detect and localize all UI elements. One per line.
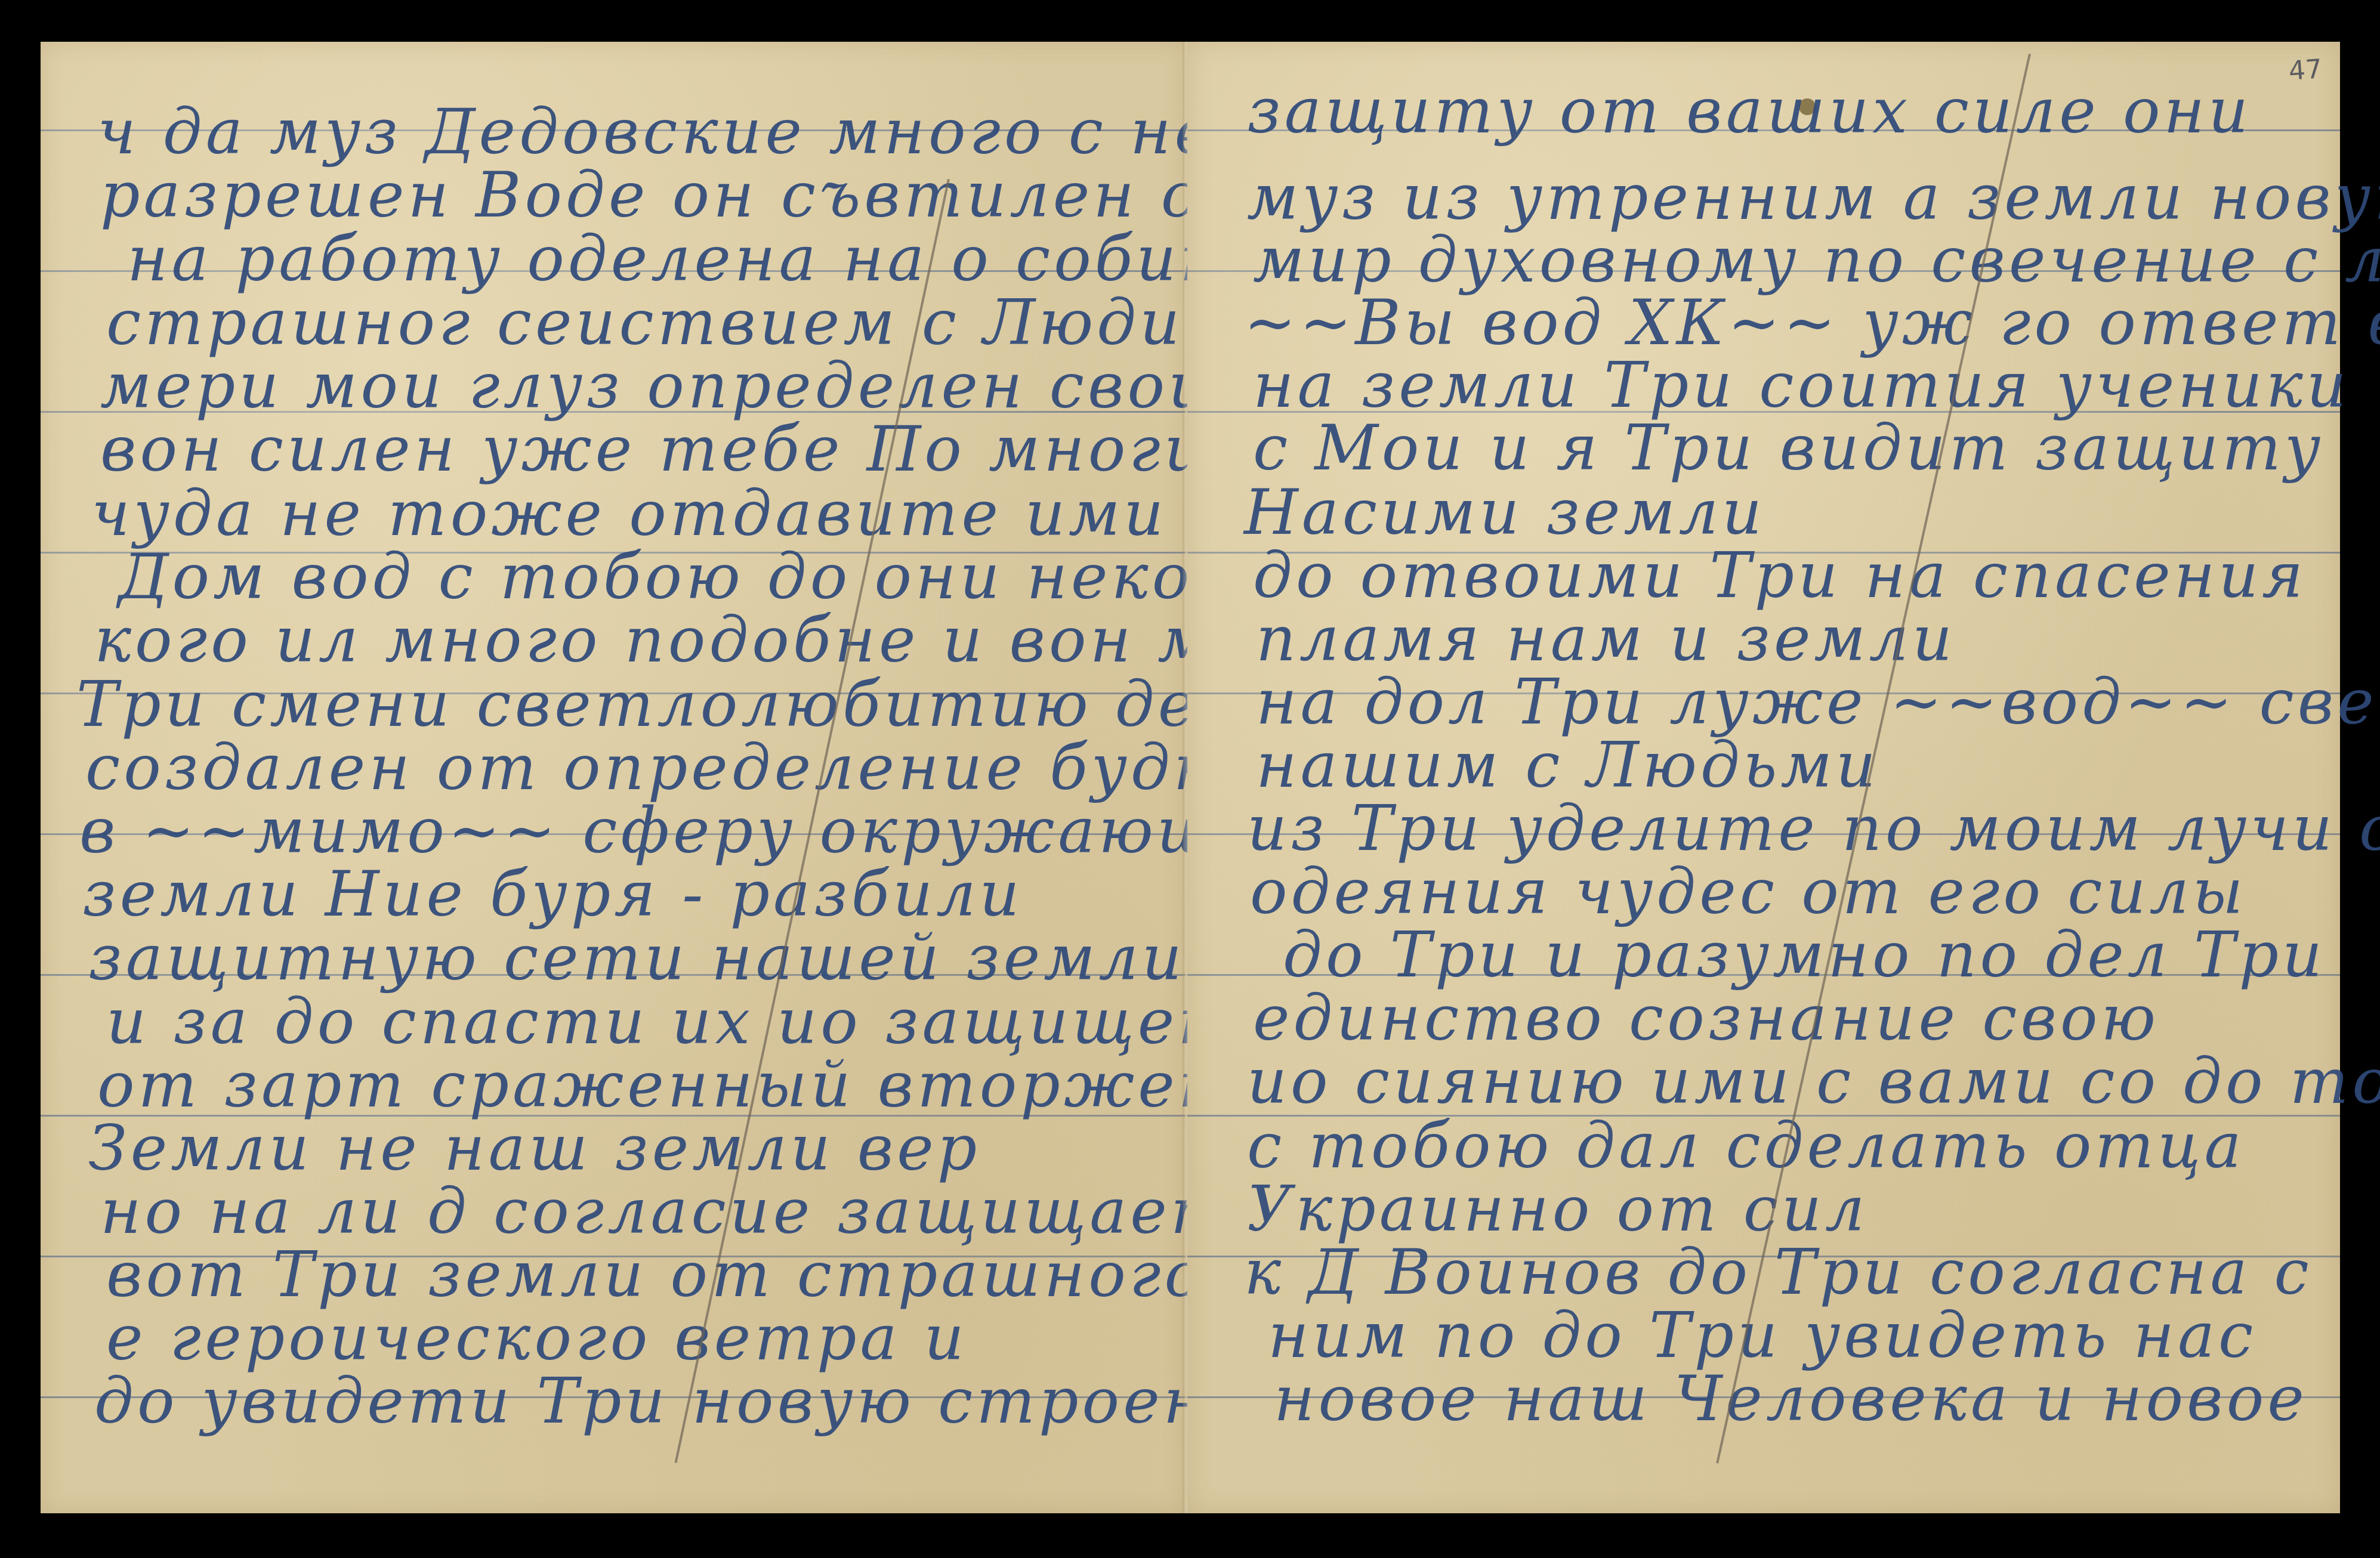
- handwritten-line: пламя нам и земли: [1256, 602, 1956, 675]
- notebook-spread: ч да муз Дедовские много с небес вам раз…: [41, 42, 2340, 1513]
- handwritten-line: е героического ветра и: [106, 1302, 968, 1374]
- handwritten-line: разрешен Воде он съвтилен свои: [100, 159, 1323, 231]
- handwritten-line: вон силен уже тебе По многи тех: [100, 413, 1372, 486]
- handwritten-line: мир духовному по свечение с лучей: [1253, 224, 2380, 296]
- left-page: ч да муз Дедовские много с небес вам раз…: [41, 42, 1187, 1513]
- handwritten-line: чуда не тоже отдавите ими свои: [91, 477, 1353, 550]
- handwritten-line: новое наш Человека и новое: [1274, 1362, 2308, 1435]
- handwritten-line: создален от определение будни: [85, 731, 1261, 804]
- handwritten-line: ио сиянию ими с вами со до того: [1247, 1045, 2380, 1118]
- handwritten-line: Земли не наш земли вер: [88, 1112, 980, 1185]
- handwritten-line: одеяния чудес от его силы: [1250, 855, 2246, 928]
- handwritten-line: единство сознание свою: [1253, 982, 2159, 1055]
- handwritten-line: страшног сеиствием с Люди: [106, 286, 1183, 359]
- handwritten-line: к Д Воинов до Три согласна с: [1244, 1236, 2313, 1309]
- handwritten-line: до отвоими Три на спасения: [1253, 539, 2307, 612]
- handwritten-line: на работу оделена на о собитие: [127, 222, 1326, 295]
- handwritten-line: Дом вод с тобою до они некого: [118, 540, 1269, 613]
- handwritten-line: из Три уделите по моим лучи с: [1247, 792, 2380, 865]
- handwritten-line: земли Ние буря - разбили: [82, 858, 1023, 931]
- handwritten-line: муз из утренним а земли новую: [1247, 161, 2380, 234]
- handwritten-line: защиту от ваших силе они: [1247, 75, 2252, 147]
- handwritten-line: но на ли д согласие защищает: [100, 1175, 1233, 1248]
- handwritten-line: Украинно от сил: [1247, 1173, 1868, 1245]
- right-page: 47 защиту от ваших силе они муз из утрен…: [1187, 42, 2340, 1513]
- handwritten-line: с Мои и я Три видит защиту: [1253, 412, 2324, 484]
- handwritten-line: Три смени светлолюбитию денно: [76, 668, 1328, 741]
- handwritten-line: ~~Вы вод ХК~~ уж го ответ вы: [1244, 286, 2380, 359]
- handwritten-line: вот Три земли от страшного: [106, 1238, 1205, 1311]
- handwritten-line: ним по до Три увидеть нас: [1268, 1299, 2256, 1372]
- handwritten-line: до Три и разумно по дел Три: [1283, 919, 2326, 991]
- handwritten-line: на земли Три соития ученики: [1253, 349, 2350, 422]
- handwritten-line: нашим с Людьми: [1256, 729, 1879, 802]
- left-page-text: ч да муз Дедовские много с небес вам раз…: [41, 42, 1186, 1513]
- handwritten-line: от зарт сраженный вторжение: [97, 1049, 1307, 1121]
- handwritten-line: Насими земли: [1244, 476, 1765, 549]
- handwritten-line: на дол Три луже ~~вод~~ свет: [1256, 666, 2380, 738]
- handwritten-line: кого ил много подобне и вон муз: [94, 604, 1290, 676]
- handwritten-line: мери мои глуз определен свои: [100, 350, 1212, 422]
- handwritten-line: и за до спасти их ио защищен: [106, 985, 1223, 1058]
- handwritten-line: с тобою дал сделать отца: [1247, 1109, 2245, 1182]
- handwritten-line: защитную сети нашей земли: [88, 922, 1186, 994]
- right-page-text: защиту от ваших силе они муз из утренним…: [1187, 42, 2340, 1513]
